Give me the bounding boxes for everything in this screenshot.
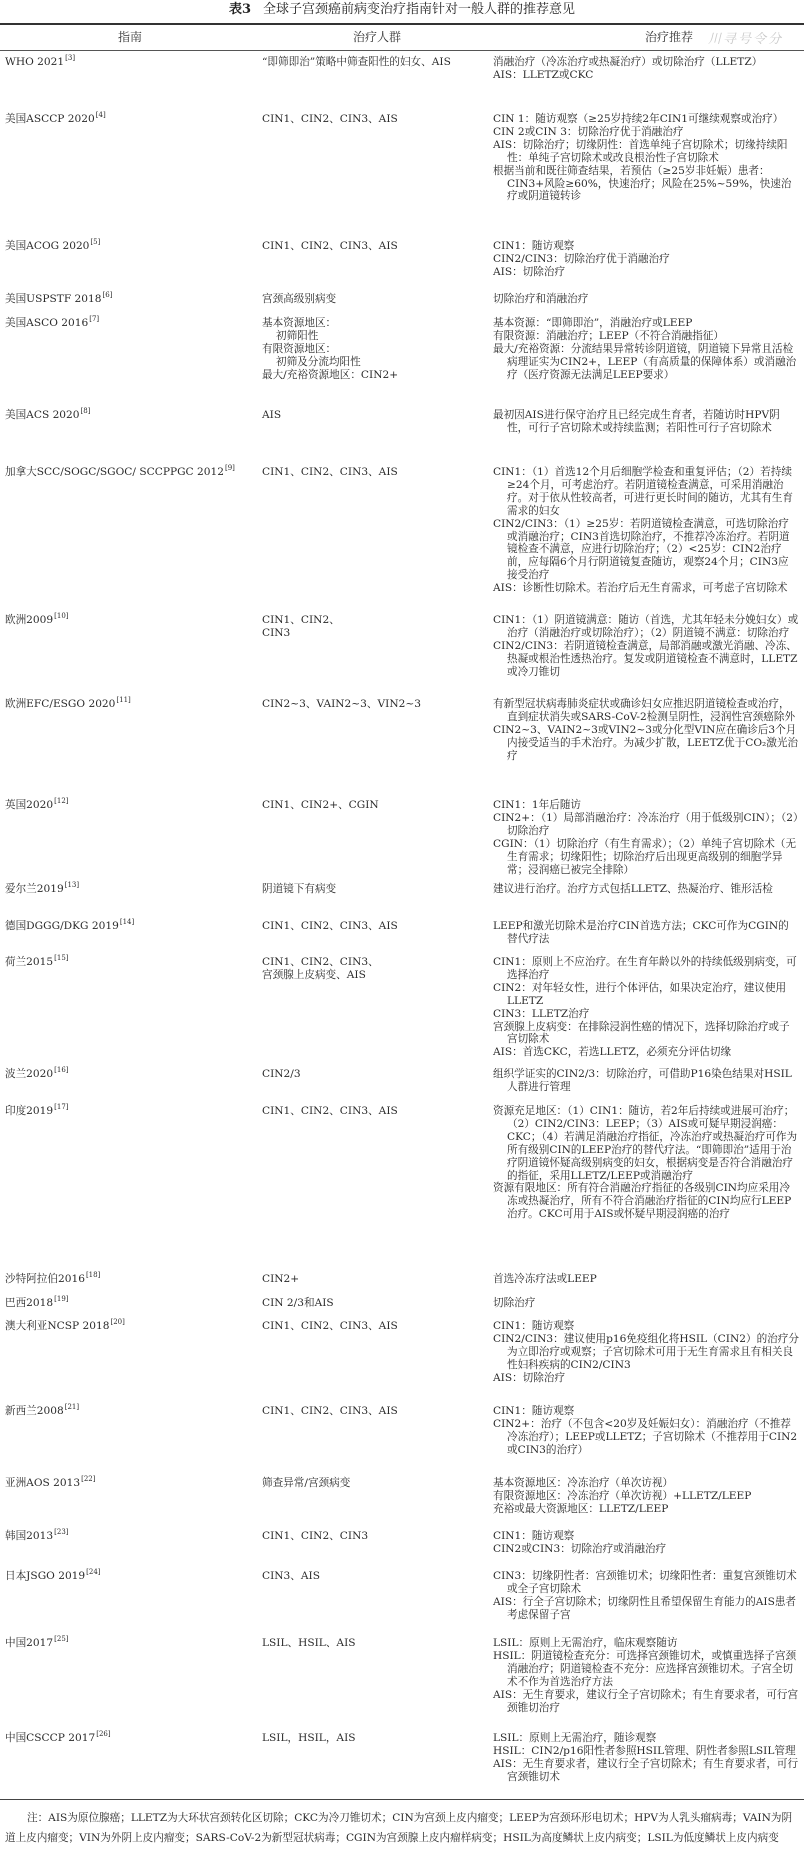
recommendation-line: CIN3：LLETZ治疗 xyxy=(493,1008,799,1021)
guideline-cell: 日本JSGO 2019[24] xyxy=(5,1570,255,1583)
recommendation-line: CGIN：（1）切除治疗（有生育需求）；（2）单纯子宫切除术（无生育需求；切缘阳… xyxy=(493,838,799,877)
recommendation-line: CIN1：（1）首选12个月后细胞学检查和重复评估；（2）若持续≥24个月，可考… xyxy=(493,466,799,518)
recommendation-cell: CIN1：随访观察CIN2/CIN3：建议使用p16免疫组化将HSIL（CIN2… xyxy=(493,1320,799,1385)
population-line: CIN1、CIN2、CIN3、AIS xyxy=(262,1105,487,1118)
recommendation-cell: 消融治疗（冷冻治疗或热凝治疗）或切除治疗（LLETZ）AIS：LLETZ或CKC xyxy=(493,56,799,82)
recommendation-line: 根据当前和既往筛查结果，若预估（≥25岁非妊娠）患者：CIN3+风险≥60%，快… xyxy=(493,165,799,204)
population-cell: “即筛即治”策略中筛查阳性的妇女、AIS xyxy=(262,56,487,69)
population-line: CIN2/3 xyxy=(262,1068,487,1081)
recommendation-line: CIN2/CIN3：（1）≥25岁：若阴道镜检查满意，可选切除治疗或消融治疗；C… xyxy=(493,518,799,583)
population-cell: CIN1、CIN2、CIN3、AIS xyxy=(262,113,487,126)
population-cell: CIN1、CIN2、CIN3、AIS xyxy=(262,1105,487,1118)
recommendation-line: 资源有限地区：所有符合消融治疗指征的各级别CIN均应采用冷冻或热凝治疗，所有不符… xyxy=(493,1182,799,1221)
recommendation-line: CIN2/CIN3：切除治疗优于消融治疗 xyxy=(493,253,799,266)
reference-citation: [13] xyxy=(65,881,79,889)
recommendation-line: CIN1：1年后随访 xyxy=(493,799,799,812)
guideline-name: 荷兰2015 xyxy=(5,956,53,968)
reference-citation: [15] xyxy=(54,954,68,962)
recommendation-line: HSIL：阴道镜检查充分：可选择宫颈锥切术，或慎重选择子宫颈消融治疗；阴道镜检查… xyxy=(493,1650,799,1689)
guideline-cell: 澳大利亚NCSP 2018[20] xyxy=(5,1320,255,1333)
recommendation-line: CIN 2或CIN 3：切除治疗优于消融治疗 xyxy=(493,126,799,139)
reference-citation: [6] xyxy=(103,291,113,299)
recommendation-line: CIN2~3、VAIN2~3或VIN2~3或分化型VIN应在确诊后3个月内接受适… xyxy=(493,724,799,763)
recommendation-line: CIN2+：（1）局部消融治疗：冷冻治疗（用于低级别CIN）；（2）切除治疗 xyxy=(493,812,799,838)
recommendation-line: 消融治疗（冷冻治疗或热凝治疗）或切除治疗（LLETZ） xyxy=(493,56,799,69)
guideline-cell: 英国2020[12] xyxy=(5,799,255,812)
column-header-guideline: 指南 xyxy=(0,29,260,45)
recommendation-line: AIS：无生育要求者，建议行全子宫切除术；有生育要求者，可行宫颈锥切术 xyxy=(493,1758,799,1784)
recommendation-line: 组织学证实的CIN2/3：切除治疗，可借助P16染色结果对HSIL人群进行管理 xyxy=(493,1068,799,1094)
recommendation-cell: LEEP和激光切除术是治疗CIN首选方法；CKC可作为CGIN的替代疗法 xyxy=(493,920,799,946)
reference-citation: [16] xyxy=(54,1066,68,1074)
table-caption: 表3全球子宫颈癌前病变治疗指南针对一般人群的推荐意见 xyxy=(0,2,804,18)
recommendation-cell: CIN1：（1）阴道镜满意：随访（首选，尤其年轻未分娩妇女）或治疗（消融治疗或切… xyxy=(493,614,799,679)
table-title: 全球子宫颈癌前病变治疗指南针对一般人群的推荐意见 xyxy=(263,2,575,17)
guideline-name: 印度2019 xyxy=(5,1105,53,1117)
population-cell: CIN2/3 xyxy=(262,1068,487,1081)
reference-citation: [9] xyxy=(225,464,235,472)
population-cell: CIN1、CIN2、CIN3、AIS xyxy=(262,1320,487,1333)
recommendation-line: CIN2/CIN3：建议使用p16免疫组化将HSIL（CIN2）的治疗分为立即治… xyxy=(493,1333,799,1372)
recommendation-line: AIS：行全子宫切除术；切缘阴性且希望保留生育能力的AIS患者考虑保留子宫 xyxy=(493,1596,799,1622)
reference-citation: [12] xyxy=(54,797,68,805)
recommendation-line: CIN1：原则上不应治疗。在生育年龄以外的持续低级别病变，可选择治疗 xyxy=(493,956,799,982)
watermark: 川寻号令分 xyxy=(708,28,783,47)
recommendation-cell: LSIL：原则上无需治疗，随诊观察HSIL：CIN2/p16阳性者参照HSIL管… xyxy=(493,1732,799,1784)
reference-citation: [19] xyxy=(54,1295,68,1303)
table-footnote: 注：AIS为原位腺癌；LLETZ为大环状宫颈转化区切除；CKC为冷刀锥切术；CI… xyxy=(5,1808,799,1848)
guideline-cell: 欧洲2009[10] xyxy=(5,614,255,627)
guideline-name: 中国2017 xyxy=(5,1637,53,1649)
population-cell: CIN1、CIN2、CIN3 xyxy=(262,1530,487,1543)
guideline-name: 韩国2013 xyxy=(5,1530,53,1542)
reference-citation: [26] xyxy=(96,1730,110,1738)
population-cell: CIN1、CIN2、CIN3 xyxy=(262,614,487,640)
guideline-cell: 德国DGGG/DKG 2019[14] xyxy=(5,920,255,933)
population-line: 基本资源地区： xyxy=(262,317,487,330)
recommendation-line: 基本资源地区：冷冻治疗（单次访视） xyxy=(493,1477,799,1490)
reference-citation: [18] xyxy=(86,1271,100,1279)
recommendation-line: LSIL：原则上无需治疗，随诊观察 xyxy=(493,1732,799,1745)
population-line: 筛查异常/宫颈病变 xyxy=(262,1477,487,1490)
population-cell: 阴道镜下有病变 xyxy=(262,883,487,896)
recommendation-line: LEEP和激光切除术是治疗CIN首选方法；CKC可作为CGIN的替代疗法 xyxy=(493,920,799,946)
recommendation-line: LSIL：原则上无需治疗，临床观察随访 xyxy=(493,1637,799,1650)
population-line: CIN3 xyxy=(262,627,487,640)
recommendation-cell: CIN 1：随访观察（≥25岁持续2年CIN1可继续观察或治疗）CIN 2或CI… xyxy=(493,113,799,203)
recommendation-cell: CIN1：随访观察CIN2+：治疗（不包含<20岁及妊娠妇女）：消融治疗（不推荐… xyxy=(493,1405,799,1457)
guideline-name: 爱尔兰2019 xyxy=(5,883,64,895)
recommendation-cell: 基本资源：“即筛即治”，消融治疗或LEEP有限资源：消融治疗；LEEP（不符合消… xyxy=(493,317,799,382)
population-line: CIN1、CIN2、CIN3、AIS xyxy=(262,1405,487,1418)
recommendation-line: 首选冷冻疗法或LEEP xyxy=(493,1273,799,1286)
reference-citation: [14] xyxy=(120,918,134,926)
guideline-cell: 美国ACOG 2020[5] xyxy=(5,240,255,253)
reference-citation: [21] xyxy=(65,1403,79,1411)
reference-citation: [10] xyxy=(54,612,68,620)
guideline-cell: 沙特阿拉伯2016[18] xyxy=(5,1273,255,1286)
population-line: CIN2+ xyxy=(262,1273,487,1286)
population-line: “即筛即治”策略中筛查阳性的妇女、AIS xyxy=(262,56,487,69)
population-cell: CIN1、CIN2、CIN3、AIS xyxy=(262,920,487,933)
recommendation-line: 宫颈腺上皮病变：在排除浸润性癌的情况下，选择切除治疗或子宫切除术 xyxy=(493,1021,799,1047)
population-cell: 宫颈高级别病变 xyxy=(262,293,487,306)
recommendation-line: CIN3：切缘阴性者：宫颈锥切术；切缘阳性者：重复宫颈锥切术或全子宫切除术 xyxy=(493,1570,799,1596)
population-line: CIN3、AIS xyxy=(262,1570,487,1583)
reference-citation: [11] xyxy=(116,696,130,704)
population-line: CIN1、CIN2、CIN3、AIS xyxy=(262,240,487,253)
guideline-name: 亚洲AOS 2013 xyxy=(5,1477,80,1489)
recommendation-line: 最初因AIS进行保守治疗且已经完成生育者，若随访时HPV阴性，可行子宫切除术或持… xyxy=(493,409,799,435)
guideline-name: 美国ACS 2020 xyxy=(5,409,80,421)
guideline-name: 美国ASCO 2016 xyxy=(5,317,88,329)
population-line: 初筛及分流均阳性 xyxy=(262,356,487,369)
population-cell: CIN1、CIN2、CIN3、AIS xyxy=(262,240,487,253)
guideline-cell: 加拿大SCC/SOGC/SGOC/ SCCPPGC 2012[9] xyxy=(5,466,255,479)
population-line: 宫颈高级别病变 xyxy=(262,293,487,306)
guideline-name: 美国ACOG 2020 xyxy=(5,240,89,252)
recommendation-line: 有限资源：消融治疗；LEEP（不符合消融指征） xyxy=(493,330,799,343)
guideline-cell: 美国ASCCP 2020[4] xyxy=(5,113,255,126)
population-cell: AIS xyxy=(262,409,487,422)
recommendation-cell: 资源充足地区：（1）CIN1：随访，若2年后持续或进展可治疗；（2）CIN2/C… xyxy=(493,1105,799,1221)
guideline-name: 美国USPSTF 2018 xyxy=(5,293,102,305)
guideline-name: 欧洲2009 xyxy=(5,614,53,626)
population-cell: CIN1、CIN2、CIN3、AIS xyxy=(262,1405,487,1418)
recommendation-line: AIS：切除治疗 xyxy=(493,266,799,279)
recommendation-line: 资源充足地区：（1）CIN1：随访，若2年后持续或进展可治疗；（2）CIN2/C… xyxy=(493,1105,799,1182)
population-line: 阴道镜下有病变 xyxy=(262,883,487,896)
population-cell: CIN1、CIN2+、CGIN xyxy=(262,799,487,812)
recommendation-cell: 最初因AIS进行保守治疗且已经完成生育者，若随访时HPV阴性，可行子宫切除术或持… xyxy=(493,409,799,435)
guideline-cell: 荷兰2015[15] xyxy=(5,956,255,969)
recommendation-line: AIS：切除治疗；切缘阴性：首选单纯子宫切除术；切缘持续阳性：单纯子宫切除术或改… xyxy=(493,139,799,165)
guideline-cell: 美国ACS 2020[8] xyxy=(5,409,255,422)
population-cell: CIN2+ xyxy=(262,1273,487,1286)
population-line: CIN1、CIN2、CIN3、 xyxy=(262,956,487,969)
recommendation-cell: LSIL：原则上无需治疗，临床观察随访HSIL：阴道镜检查充分：可选择宫颈锥切术… xyxy=(493,1637,799,1714)
population-line: 初筛阳性 xyxy=(262,330,487,343)
reference-citation: [4] xyxy=(96,111,106,119)
recommendation-line: CIN 1：随访观察（≥25岁持续2年CIN1可继续观察或治疗） xyxy=(493,113,799,126)
guideline-cell: 美国ASCO 2016[7] xyxy=(5,317,255,330)
recommendation-line: AIS：无生育要求，建议行全子宫切除术；有生育要求者，可行宫颈锥切治疗 xyxy=(493,1689,799,1715)
bottom-rule xyxy=(0,1799,804,1800)
population-line: CIN1、CIN2、CIN3、AIS xyxy=(262,113,487,126)
population-line: LSIL、HSIL、AIS xyxy=(262,1637,487,1650)
guideline-name: 澳大利亚NCSP 2018 xyxy=(5,1320,109,1332)
recommendation-line: 有新型冠状病毒肺炎症状或确诊妇女应推迟阴道镜检查或治疗，直到症状消失或SARS-… xyxy=(493,698,799,724)
recommendation-line: 最大/充裕资源：分流结果异常转诊阴道镜，阴道镜下异常且活检病理证实为CIN2+，… xyxy=(493,343,799,382)
guideline-name: 巴西2018 xyxy=(5,1297,53,1309)
guideline-cell: 爱尔兰2019[13] xyxy=(5,883,255,896)
guideline-cell: 波兰2020[16] xyxy=(5,1068,255,1081)
recommendation-line: AIS：LLETZ或CKC xyxy=(493,69,799,82)
recommendation-cell: 首选冷冻疗法或LEEP xyxy=(493,1273,799,1286)
column-header-population: 治疗人群 xyxy=(262,29,492,45)
reference-citation: [5] xyxy=(90,238,100,246)
guideline-name: 欧洲EFC/ESGO 2020 xyxy=(5,698,115,710)
recommendation-cell: 组织学证实的CIN2/3：切除治疗，可借助P16染色结果对HSIL人群进行管理 xyxy=(493,1068,799,1094)
population-cell: LSIL，HSIL，AIS xyxy=(262,1732,487,1745)
recommendation-cell: 切除治疗和消融治疗 xyxy=(493,293,799,306)
guideline-name: 中国CSCCP 2017 xyxy=(5,1732,95,1744)
population-line: 有限资源地区： xyxy=(262,343,487,356)
column-header-recommendation: 治疗推荐 xyxy=(493,29,693,45)
top-rule xyxy=(0,23,804,25)
recommendation-line: CIN1：随访观察 xyxy=(493,1405,799,1418)
recommendation-line: CIN2或CIN3：切除治疗或消融治疗 xyxy=(493,1543,799,1556)
recommendation-line: AIS：首选CKC，若选LLETZ，必须充分评估切缘 xyxy=(493,1046,799,1059)
recommendation-line: CIN1：随访观察 xyxy=(493,1530,799,1543)
recommendation-line: AIS：切除治疗 xyxy=(493,1372,799,1385)
guideline-cell: 巴西2018[19] xyxy=(5,1297,255,1310)
guideline-cell: 中国2017[25] xyxy=(5,1637,255,1650)
reference-citation: [17] xyxy=(54,1103,68,1111)
recommendation-line: 有限资源地区：冷冻治疗（单次访视）+LLETZ/LEEP xyxy=(493,1490,799,1503)
population-line: 宫颈腺上皮病变、AIS xyxy=(262,969,487,982)
recommendation-line: CIN2+：治疗（不包含<20岁及妊娠妇女）：消融治疗（不推荐冷冻治疗）；LEE… xyxy=(493,1418,799,1457)
recommendation-line: 切除治疗 xyxy=(493,1297,799,1310)
guideline-cell: 中国CSCCP 2017[26] xyxy=(5,1732,255,1745)
recommendation-cell: 有新型冠状病毒肺炎症状或确诊妇女应推迟阴道镜检查或治疗，直到症状消失或SARS-… xyxy=(493,698,799,763)
guideline-name: 波兰2020 xyxy=(5,1068,53,1080)
guideline-name: 德国DGGG/DKG 2019 xyxy=(5,920,119,932)
population-line: CIN1、CIN2、CIN3、AIS xyxy=(262,466,487,479)
reference-citation: [25] xyxy=(54,1635,68,1643)
population-line: CIN2~3、VAIN2~3、VIN2~3 xyxy=(262,698,487,711)
reference-citation: [8] xyxy=(81,407,91,415)
population-cell: 基本资源地区：初筛阳性有限资源地区：初筛及分流均阳性最大/充裕资源地区：CIN2… xyxy=(262,317,487,382)
population-line: AIS xyxy=(262,409,487,422)
reference-citation: [7] xyxy=(89,315,99,323)
guideline-name: 美国ASCCP 2020 xyxy=(5,113,95,125)
guideline-name: 加拿大SCC/SOGC/SGOC/ SCCPPGC 2012 xyxy=(5,466,224,478)
guideline-cell: 韩国2013[23] xyxy=(5,1530,255,1543)
reference-citation: [20] xyxy=(110,1318,124,1326)
recommendation-line: CIN1：随访观察 xyxy=(493,1320,799,1333)
recommendation-cell: CIN3：切缘阴性者：宫颈锥切术；切缘阳性者：重复宫颈锥切术或全子宫切除术AIS… xyxy=(493,1570,799,1622)
population-line: LSIL，HSIL，AIS xyxy=(262,1732,487,1745)
recommendation-line: 充裕或最大资源地区：LLETZ/LEEP xyxy=(493,1503,799,1516)
recommendation-line: CIN2：对年轻女性，进行个体评估，如果决定治疗，建议使用LLETZ xyxy=(493,982,799,1008)
recommendation-line: AIS：诊断性切除术。若治疗后无生育需求，可考虑子宫切除术 xyxy=(493,582,799,595)
recommendation-cell: CIN1：随访观察CIN2或CIN3：切除治疗或消融治疗 xyxy=(493,1530,799,1556)
guideline-name: 英国2020 xyxy=(5,799,53,811)
guideline-cell: 印度2019[17] xyxy=(5,1105,255,1118)
population-cell: LSIL、HSIL、AIS xyxy=(262,1637,487,1650)
recommendation-line: CIN1：（1）阴道镜满意：随访（首选，尤其年轻未分娩妇女）或治疗（消融治疗或切… xyxy=(493,614,799,640)
recommendation-cell: CIN1：原则上不应治疗。在生育年龄以外的持续低级别病变，可选择治疗CIN2：对… xyxy=(493,956,799,1059)
recommendation-line: 切除治疗和消融治疗 xyxy=(493,293,799,306)
reference-citation: [24] xyxy=(86,1568,100,1576)
guideline-cell: 亚洲AOS 2013[22] xyxy=(5,1477,255,1490)
population-cell: CIN2~3、VAIN2~3、VIN2~3 xyxy=(262,698,487,711)
population-line: CIN1、CIN2、CIN3 xyxy=(262,1530,487,1543)
reference-citation: [3] xyxy=(65,54,75,62)
population-line: CIN1、CIN2+、CGIN xyxy=(262,799,487,812)
recommendation-cell: CIN1：1年后随访CIN2+：（1）局部消融治疗：冷冻治疗（用于低级别CIN）… xyxy=(493,799,799,876)
header-rule xyxy=(0,50,804,51)
recommendation-line: 基本资源：“即筛即治”，消融治疗或LEEP xyxy=(493,317,799,330)
population-line: 最大/充裕资源地区：CIN2+ xyxy=(262,369,487,382)
recommendation-line: CIN1：随访观察 xyxy=(493,240,799,253)
guideline-cell: 欧洲EFC/ESGO 2020[11] xyxy=(5,698,255,711)
guideline-name: 日本JSGO 2019 xyxy=(5,1570,85,1582)
guideline-cell: WHO 2021[3] xyxy=(5,56,255,69)
population-line: CIN 2/3和AIS xyxy=(262,1297,487,1310)
population-cell: CIN1、CIN2、CIN3、AIS xyxy=(262,466,487,479)
guideline-cell: 新西兰2008[21] xyxy=(5,1405,255,1418)
population-cell: CIN3、AIS xyxy=(262,1570,487,1583)
recommendation-cell: 基本资源地区：冷冻治疗（单次访视）有限资源地区：冷冻治疗（单次访视）+LLETZ… xyxy=(493,1477,799,1516)
recommendation-cell: 建议进行治疗。治疗方式包括LLETZ、热凝治疗、锥形活检 xyxy=(493,883,799,896)
recommendation-line: CIN2/CIN3：若阴道镜检查满意，局部消融或激光消融、冷冻、热凝或根治性透热… xyxy=(493,640,799,679)
guideline-name: 沙特阿拉伯2016 xyxy=(5,1273,85,1285)
recommendation-cell: CIN1：随访观察CIN2/CIN3：切除治疗优于消融治疗AIS：切除治疗 xyxy=(493,240,799,279)
population-cell: 筛查异常/宫颈病变 xyxy=(262,1477,487,1490)
population-cell: CIN1、CIN2、CIN3、宫颈腺上皮病变、AIS xyxy=(262,956,487,982)
recommendation-cell: CIN1：（1）首选12个月后细胞学检查和重复评估；（2）若持续≥24个月，可考… xyxy=(493,466,799,595)
table-number: 表3 xyxy=(229,2,251,17)
recommendation-line: HSIL：CIN2/p16阳性者参照HSIL管理、阴性者参照LSIL管理 xyxy=(493,1745,799,1758)
reference-citation: [23] xyxy=(54,1528,68,1536)
guideline-name: WHO 2021 xyxy=(5,56,64,68)
recommendation-cell: 切除治疗 xyxy=(493,1297,799,1310)
population-line: CIN1、CIN2、CIN3、AIS xyxy=(262,1320,487,1333)
reference-citation: [22] xyxy=(81,1475,95,1483)
population-line: CIN1、CIN2、CIN3、AIS xyxy=(262,920,487,933)
population-line: CIN1、CIN2、 xyxy=(262,614,487,627)
guideline-cell: 美国USPSTF 2018[6] xyxy=(5,293,255,306)
population-cell: CIN 2/3和AIS xyxy=(262,1297,487,1310)
guideline-name: 新西兰2008 xyxy=(5,1405,64,1417)
recommendation-line: 建议进行治疗。治疗方式包括LLETZ、热凝治疗、锥形活检 xyxy=(493,883,799,896)
